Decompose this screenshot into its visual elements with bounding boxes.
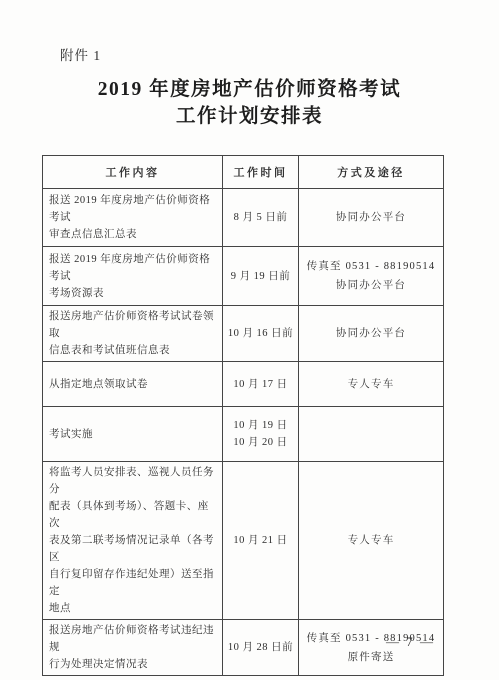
cell-work-content: 报送 2019 年度房地产估价师资格考试 审查点信息汇总表 [43, 189, 223, 247]
table-row: 报送房地产估价师资格考试违纪违规 行为处理决定情况表 10 月 28 日前 传真… [43, 620, 444, 676]
cell-work-content: 报送房地产估价师资格考试试卷领取 信息表和考试值班信息表 [43, 306, 223, 362]
col-header-work-time: 工作时间 [223, 156, 299, 189]
attachment-label: 附件 1 [60, 44, 101, 64]
cell-work-content: 将监考人员安排表、巡视人员任务分 配表（具体到考场）、答题卡、座次 表及第二联考… [43, 462, 223, 620]
cell-method: 专人专车 [299, 462, 444, 620]
document-title: 2019 年度房地产估价师资格考试 工作计划安排表 [0, 76, 499, 130]
table-row: 考试实施 10 月 19 日 10 月 20 日 [43, 407, 444, 462]
table-row: 报送 2019 年度房地产估价师资格考试 考场资源表 9 月 19 日前 传真至… [43, 247, 444, 306]
schedule-table: 工作内容 工作时间 方式及途径 报送 2019 年度房地产估价师资格考试 审查点… [42, 155, 444, 676]
cell-work-content: 报送 2019 年度房地产估价师资格考试 考场资源表 [43, 247, 223, 306]
cell-method: 协同办公平台 [299, 306, 444, 362]
document-title-line-2: 工作计划安排表 [0, 103, 499, 130]
document-page: 附件 1 2019 年度房地产估价师资格考试 工作计划安排表 工作内容 工作时间… [0, 0, 499, 680]
cell-method: 专人专车 [299, 362, 444, 407]
col-header-method: 方式及途径 [299, 156, 444, 189]
table-row: 报送房地产估价师资格考试试卷领取 信息表和考试值班信息表 10 月 16 日前 … [43, 306, 444, 362]
cell-method [299, 407, 444, 462]
cell-method: 协同办公平台 [299, 189, 444, 247]
cell-work-content: 报送房地产估价师资格考试违纪违规 行为处理决定情况表 [43, 620, 223, 676]
table-row: 从指定地点领取试卷 10 月 17 日 专人专车 [43, 362, 444, 407]
cell-work-time: 10 月 21 日 [223, 462, 299, 620]
document-title-line-1: 2019 年度房地产估价师资格考试 [0, 76, 499, 103]
cell-work-time: 10 月 16 日前 [223, 306, 299, 362]
page-number: — 7 — [386, 634, 435, 650]
cell-work-time: 8 月 5 日前 [223, 189, 299, 247]
cell-work-time: 10 月 17 日 [223, 362, 299, 407]
cell-work-time: 10 月 19 日 10 月 20 日 [223, 407, 299, 462]
table-row: 将监考人员安排表、巡视人员任务分 配表（具体到考场）、答题卡、座次 表及第二联考… [43, 462, 444, 620]
table-row: 报送 2019 年度房地产估价师资格考试 审查点信息汇总表 8 月 5 日前 协… [43, 189, 444, 247]
table-header-row: 工作内容 工作时间 方式及途径 [43, 156, 444, 189]
cell-work-content: 从指定地点领取试卷 [43, 362, 223, 407]
cell-work-time: 9 月 19 日前 [223, 247, 299, 306]
col-header-work-content: 工作内容 [43, 156, 223, 189]
cell-method: 传真至 0531 - 88190514 协同办公平台 [299, 247, 444, 306]
cell-work-time: 10 月 28 日前 [223, 620, 299, 676]
cell-work-content: 考试实施 [43, 407, 223, 462]
